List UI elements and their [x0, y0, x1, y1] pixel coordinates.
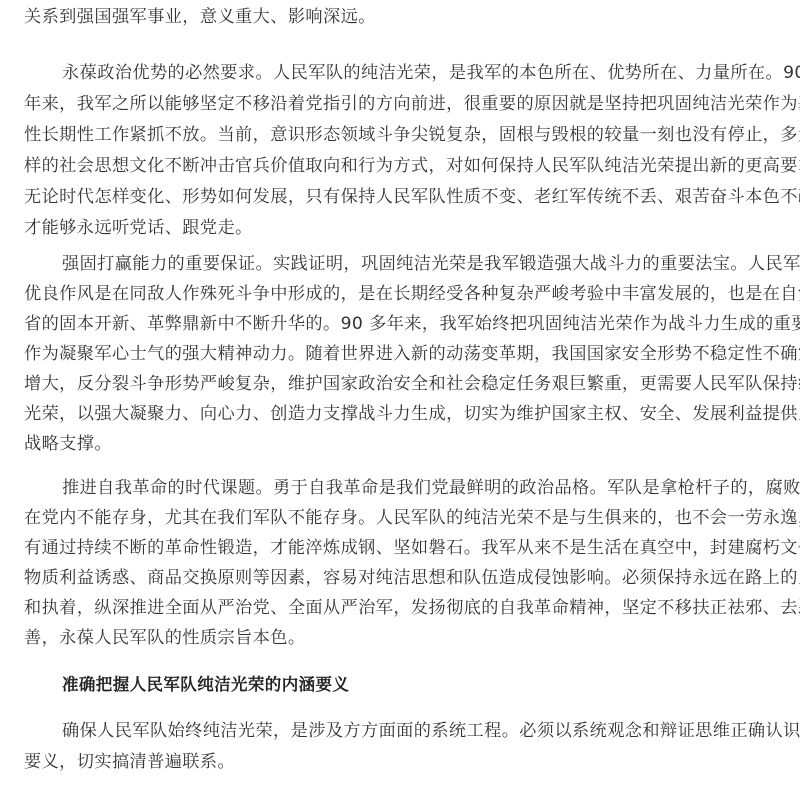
paragraph-line: 才能够永远听党话、跟党走。: [24, 213, 253, 244]
paragraph-line: 善，永葆人民军队的性质宗旨本色。: [24, 623, 305, 654]
paragraph-line: 无论时代怎样变化、形势如何发展，只有保持人民军队性质不变、老红军传统不丢、艰苦奋…: [24, 182, 800, 213]
paragraph-line: 推进自我革命的时代课题。勇于自我革命是我们党最鲜明的政治品格。军队是拿枪杆子的，…: [62, 473, 800, 504]
paragraph-line: 光荣，以强大凝聚力、向心力、创造力支撑战斗力生成，切实为维护国家主权、安全、发展…: [24, 399, 800, 430]
paragraph-line: 物质利益诱惑、商品交换原则等因素，容易对纯洁思想和队伍造成侵蚀影响。必须保持永远…: [24, 563, 800, 594]
section-heading: 准确把握人民军队纯洁光荣的内涵要义: [62, 669, 349, 700]
paragraph-line: 在党内不能存身，尤其在我们军队不能存身。人民军队的纯洁光荣不是与生俱来的，也不会…: [24, 503, 800, 534]
paragraph-line: 作为凝聚军心士气的强大精神动力。随着世界进入新的动荡变革期，我国国家安全形势不稳…: [24, 339, 800, 370]
paragraph-line: 确保人民军队始终纯洁光荣，是涉及方方面面的系统工程。必须以系统观念和辩证思维正确…: [62, 716, 800, 747]
paragraph-line: 优良作风是在同敌人作殊死斗争中形成的，是在长期经受各种复杂严峻考验中丰富发展的，…: [24, 279, 800, 310]
paragraph-line: 强固打赢能力的重要保证。实践证明，巩固纯洁光荣是我军锻造强大战斗力的重要法宝。人…: [62, 249, 800, 280]
paragraph-line: 永葆政治优势的必然要求。人民军队的纯洁光荣，是我军的本色所在、优势所在、力量所在…: [62, 58, 800, 89]
paragraph-line: 和执着，纵深推进全面从严治党、全面从严治军，发扬彻底的自我革命精神，坚定不移扶正…: [24, 593, 800, 624]
paragraph-line: 年来，我军之所以能够坚定不移沿着党指引的方向前进，很重要的原因就是坚持把巩固纯洁…: [24, 89, 800, 120]
paragraph-line: 增大，反分裂斗争形势严峻复杂，维护国家政治安全和社会稳定任务艰巨繁重，更需要人民…: [24, 369, 800, 400]
paragraph-line: 有通过持续不断的革命性锻造，才能淬炼成钢、坚如磐石。我军从来不是生活在真空中，封…: [24, 533, 800, 564]
paragraph-line: 要义，切实搞清普遍联系。: [24, 747, 235, 778]
paragraph-line: 性长期性工作紧抓不放。当前，意识形态领域斗争尖锐复杂，固根与毁根的较量一刻也没有…: [24, 120, 800, 151]
paragraph-line: 关系到强国强军事业，意义重大、影响深远。: [24, 2, 376, 33]
paragraph-line: 战略支撑。: [24, 429, 112, 460]
paragraph-line: 样的社会思想文化不断冲击官兵价值取向和行为方式，对如何保持人民军队纯洁光荣提出新…: [24, 151, 800, 182]
paragraph-line: 省的固本开新、革弊鼎新中不断升华的。90 多年来，我军始终把巩固纯洁光荣作为战斗…: [24, 309, 800, 340]
